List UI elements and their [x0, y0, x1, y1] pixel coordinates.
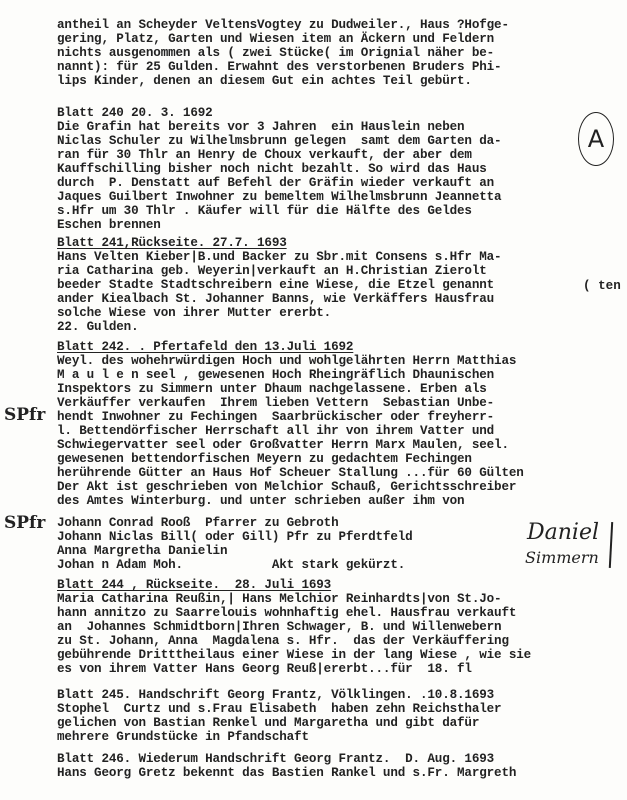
margin-mark-spfr: SPfr [4, 405, 45, 425]
handwritten-bracket [609, 522, 613, 568]
text-line: Die Grafin hat bereits vor 3 Jahren ein … [57, 120, 464, 134]
text-line: s.Hfr um 30 Thlr . Käufer will für die H… [57, 204, 472, 218]
text-line: durch P. Denstatt auf Befehl der Gräfin … [57, 176, 494, 190]
text-line: ander Kiealbach St. Johanner Banns, wie … [57, 292, 494, 306]
text-line: gelichen von Bastian Renkel und Margaret… [57, 716, 479, 730]
text-line: Hans Velten Kieber|B.und Backer zu Sbr.m… [57, 250, 501, 264]
text-line: Eschen brennen [57, 218, 161, 232]
text-line: beeder Stadte Stadtschreibern eine Wiese… [57, 278, 494, 292]
text-line: M a u l e n seel , gewesenen Hoch Rheing… [57, 368, 494, 382]
text-line: Verkäuffer verkaufen Ihrem lieben Vetter… [57, 396, 494, 410]
entry-heading: Blatt 240 20. 3. 1692 [57, 106, 213, 120]
text-line: Schwiegervatter seel oder Großvatter Her… [57, 438, 509, 452]
circled-letter-annotation: A [578, 112, 614, 166]
text-line: Stophel Curtz und s.Frau Elisabeth haben… [57, 702, 501, 716]
signatory-line: Johann Niclas Bill( oder Gill) Pfr zu Pf… [57, 530, 413, 544]
entry-heading: Blatt 241,Rückseite. 27.7. 1693 [57, 236, 287, 250]
text-line: gewesenen bettendorfischen Meyern zu ged… [57, 452, 472, 466]
text-line: Jaques Guilbert Inwohner zu bemeltem Wil… [57, 190, 501, 204]
signatory-line: Johan n Adam Moh. Akt stark gekürzt. [57, 558, 405, 572]
text-line: ran für 30 Thlr an Henry de Choux verkau… [57, 148, 472, 162]
text-line: es von ihrem Vatter Hans Georg Reuß|erer… [57, 662, 472, 676]
text-line: herührende Gütter an Haus Hof Scheuer St… [57, 466, 524, 480]
entry-heading: Blatt 245. Handschrift Georg Frantz, Völ… [57, 688, 494, 702]
text-line: hann annitzo zu Saarrelouis wohnhaftig e… [57, 606, 516, 620]
text-line: Weyl. des wohehrwürdigen Hoch und wohlge… [57, 354, 516, 368]
text-line: Kauffschilling bisher noch nicht bezahlt… [57, 162, 487, 176]
text-line: nannt): für 25 Gulden. Erwahnt des verst… [57, 60, 501, 74]
handwritten-name-note: Daniel [527, 520, 599, 545]
signatory-line: Anna Margretha Danielin [57, 544, 227, 558]
text-line: 22. Gulden. [57, 320, 138, 334]
entry-heading: Blatt 244 , Rückseite. 28. Juli 1693 [57, 578, 331, 592]
text-line: hendt Inwohner zu Fechingen Saarbrückisc… [57, 410, 494, 424]
text-line: l. Bettendörfischer Herrschaft all ihr v… [57, 424, 494, 438]
text-line: nichts ausgenommen als ( zwei Stücke( im… [57, 46, 494, 60]
margin-note: ( ten [583, 279, 621, 293]
text-line: Hans Georg Gretz bekennt das Bastien Ran… [57, 766, 516, 780]
text-line: solche Wiese von ihrer Mutter ererbt. [57, 306, 331, 320]
text-line: ria Catharina geb. Weyerin|verkauft an H… [57, 264, 487, 278]
text-line: an Johannes Schmidtborn|Ihren Schwager, … [57, 620, 501, 634]
document-page: antheil an Scheyder VeltensVogtey zu Dud… [0, 0, 627, 800]
text-line: lips Kinder, denen an diesem Gut ein ach… [57, 74, 472, 88]
text-line: Der Akt ist geschrieben von Melchior Sch… [57, 480, 516, 494]
text-line: zu St. Johann, Anna Magdalena s. Hfr. da… [57, 634, 509, 648]
text-line: gering, Platz, Garten und Wiesen item an… [57, 32, 494, 46]
margin-mark-spfr: SPfr [4, 513, 45, 533]
text-line: des Amtes Winterburg. und unter schriebe… [57, 494, 464, 508]
text-line: mehrere Grundstücke in Pfandschaft [57, 730, 309, 744]
text-line: Maria Catharina Reußin,| Hans Melchior R… [57, 592, 501, 606]
entry-heading: Blatt 242. . Pfertafeld den 13.Juli 1692 [57, 340, 353, 354]
text-line: Inspektors zu Simmern unter Dhaum nachge… [57, 382, 487, 396]
text-line: gebührende Dritttheilaus einer Wiese in … [57, 648, 531, 662]
text-line: antheil an Scheyder VeltensVogtey zu Dud… [57, 18, 509, 32]
signatory-line: Johann Conrad Rooß Pfarrer zu Gebroth [57, 516, 339, 530]
handwritten-place-note: Simmern [525, 548, 599, 567]
entry-heading: Blatt 246. Wiederum Handschrift Georg Fr… [57, 752, 494, 766]
text-line: Niclas Schuler zu Wilhelmsbrunn gelegen … [57, 134, 501, 148]
annotation-text: A [588, 125, 604, 153]
